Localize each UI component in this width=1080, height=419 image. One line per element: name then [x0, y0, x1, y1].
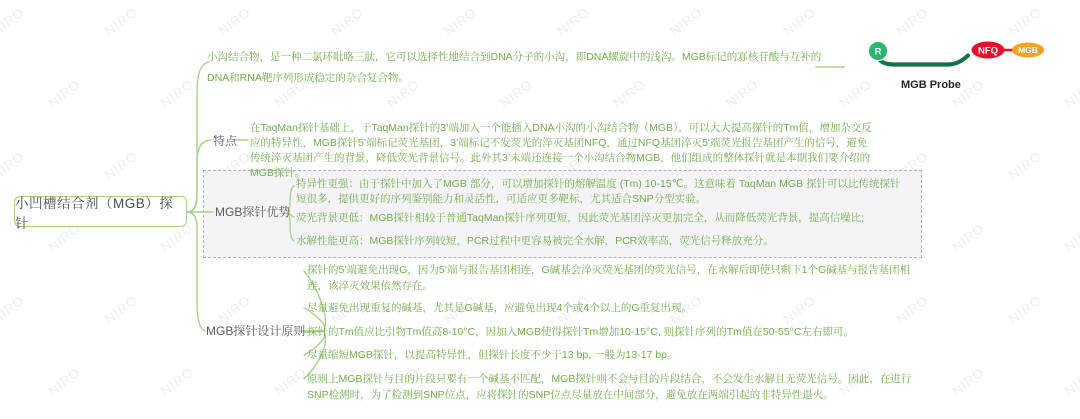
- watermark-text: NIRO: [45, 364, 83, 398]
- watermark-text: NIRO: [780, 4, 818, 38]
- watermark-text: NIRO: [158, 76, 196, 110]
- watermark-text: NIRO: [158, 364, 196, 398]
- watermark-text: NIRO: [441, 4, 479, 38]
- watermark-text: NIRO: [949, 220, 987, 254]
- principle-item[interactable]: 探针的5’端避免出现G，因为5’端与报告基团相连，G碱基会淬灭荧光基团的荧光信号…: [307, 262, 929, 294]
- watermark-text: NIRO: [0, 148, 27, 182]
- watermark-text: NIRO: [1062, 220, 1080, 254]
- advantage-item[interactable]: 特异性更强：由于探针中加入了MGB 部分，可以增加探针的熔解温度 (Tm) 10…: [296, 177, 908, 207]
- watermark-text: NIRO: [949, 364, 987, 398]
- topic-design-principles-label[interactable]: MGB探针设计原则: [206, 324, 305, 338]
- watermark-text: NIRO: [893, 4, 931, 38]
- watermark-text: NIRO: [215, 292, 253, 326]
- watermark-text: NIRO: [836, 76, 874, 110]
- watermark-text: NIRO: [1006, 148, 1044, 182]
- watermark-text: NIRO: [102, 148, 140, 182]
- topic-features-text[interactable]: 在TaqMan探针基础上，于TaqMan探针的3’端加入一个能插入DNA小沟的小…: [250, 121, 874, 181]
- root-topic[interactable]: 小凹槽结合剂（MGB）探针: [14, 196, 187, 227]
- mindmap-canvas: NIRONIRONIRONIRONIRONIRONIRONIRONIRONIRO…: [0, 0, 1080, 419]
- advantage-item[interactable]: 荧光背景更低：MGB探针相较于普通TaqMan探针序列更短，因此荧光基团淬灭更加…: [296, 211, 908, 226]
- watermark-text: NIRO: [1006, 292, 1044, 326]
- watermark-text: NIRO: [102, 4, 140, 38]
- principle-item[interactable]: 尽量缩短MGB探针，以提高特异性，但探针长度不少于13 bp, 一般为13-17…: [307, 347, 929, 363]
- watermark-text: NIRO: [1062, 364, 1080, 398]
- principle-item[interactable]: 探针的Tm值应比引物Tm值高8-10°C，因加入MGB使得探针Tm增加10-15…: [307, 324, 929, 340]
- watermark-text: NIRO: [0, 292, 27, 326]
- watermark-text: NIRO: [0, 4, 27, 38]
- principle-item[interactable]: 原则上MGB探针与目的片段只要有一个碱基不匹配，MGB探针则不会与目的片段结合，…: [307, 371, 929, 403]
- watermark-text: NIRO: [215, 4, 253, 38]
- watermark-text: NIRO: [1062, 76, 1080, 110]
- watermark-text: NIRO: [667, 4, 705, 38]
- watermark-text: NIRO: [45, 76, 83, 110]
- watermark-text: NIRO: [102, 292, 140, 326]
- watermark-text: NIRO: [554, 4, 592, 38]
- topic-advantages-label[interactable]: MGB探针优势: [215, 205, 290, 219]
- principle-item[interactable]: 尽量避免出现重复的碱基，尤其是G碱基，应避免出现4个或4个以上的G重复出现。: [307, 300, 929, 316]
- advantage-item[interactable]: 水解性能更高：MGB探针序列较短，PCR过程中更容易被完全水解，PCR效率高，荧…: [296, 234, 908, 249]
- watermark-text: NIRO: [328, 4, 366, 38]
- probe-caption: MGB Probe: [901, 79, 961, 91]
- topic-mgb-intro[interactable]: 小沟结合物，是一种二氯环吡咯三肽，它可以选择性地结合到DNA分子的小沟，即DNA…: [207, 47, 825, 89]
- watermark-text: NIRO: [271, 364, 309, 398]
- watermark-text: NIRO: [1006, 4, 1044, 38]
- topic-features-label[interactable]: 特点: [213, 134, 237, 148]
